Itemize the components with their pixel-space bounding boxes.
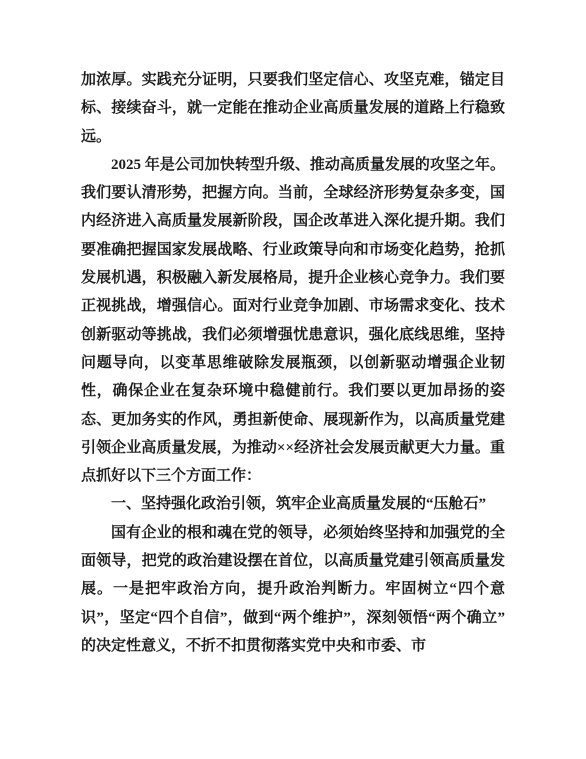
document-page: 加浓厚。实践充分证明，只要我们坚定信心、攻坚克难，锚定目标、接续奋斗，就一定能在…	[0, 0, 586, 759]
paragraph-party-leadership: 国有企业的根和魂在党的领导，必须始终坚持和加强党的全面领导，把党的政治建设摆在首…	[81, 519, 505, 660]
document-text-block: 加浓厚。实践充分证明，只要我们坚定信心、攻坚克难，锚定目标、接续奋斗，就一定能在…	[81, 66, 505, 660]
paragraph-continuation: 加浓厚。实践充分证明，只要我们坚定信心、攻坚克难，锚定目标、接续奋斗，就一定能在…	[81, 66, 505, 151]
section-heading-1: 一、坚持强化政治引领，筑牢企业高质量发展的“压舱石”	[81, 490, 505, 518]
paragraph-2025-outlook: 2025 年是公司加快转型升级、推动高质量发展的攻坚之年。我们要认清形势，把握方…	[81, 151, 505, 491]
